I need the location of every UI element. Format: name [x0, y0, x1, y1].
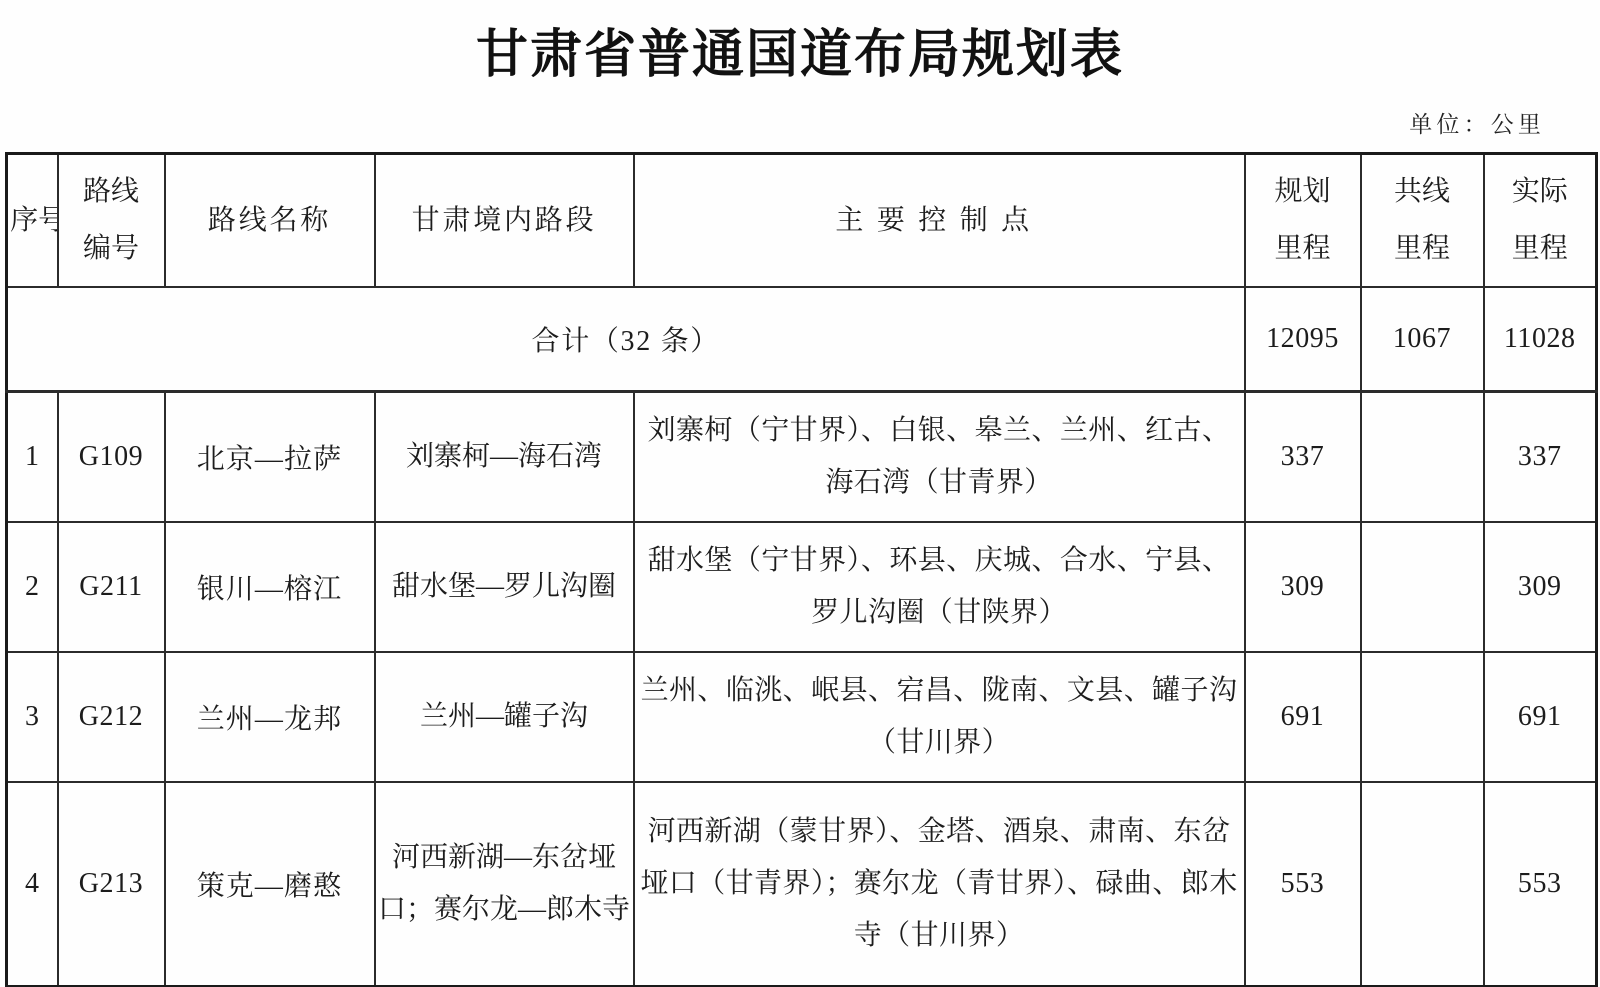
col-header-route-code: 路线编号: [58, 154, 165, 287]
table-row: 1 G109 北京—拉萨 刘寨柯—海石湾 刘寨柯（宁甘界）、白银、皋兰、兰州、红…: [7, 392, 1597, 522]
row-gansu-section: 刘寨柯—海石湾: [375, 392, 634, 522]
row-route-code: G213: [58, 782, 165, 987]
row-actual-mileage: 309: [1484, 522, 1597, 652]
row-serial: 2: [7, 522, 58, 652]
row-shared-mileage: [1361, 522, 1484, 652]
row-planned-mileage: 337: [1245, 392, 1361, 522]
row-gansu-section: 兰州—罐子沟: [375, 652, 634, 782]
row-serial: 1: [7, 392, 58, 522]
row-actual-mileage: 691: [1484, 652, 1597, 782]
row-actual-mileage: 553: [1484, 782, 1597, 987]
row-control-points: 兰州、临洮、岷县、宕昌、陇南、文县、罐子沟（甘川界）: [634, 652, 1245, 782]
row-control-points: 刘寨柯（宁甘界）、白银、皋兰、兰州、红古、海石湾（甘青界）: [634, 392, 1245, 522]
total-row: 合计（32 条） 12095 1067 11028: [7, 287, 1597, 392]
row-route-name: 银川—榕江: [165, 522, 375, 652]
col-header-serial-label: 序号: [8, 192, 58, 249]
row-planned-mileage: 553: [1245, 782, 1361, 987]
row-control-points: 河西新湖（蒙甘界）、金塔、酒泉、肃南、东岔垭口（甘青界）；赛尔龙（青甘界）、碌曲…: [634, 782, 1245, 987]
row-route-code: G211: [58, 522, 165, 652]
row-route-code: G109: [58, 392, 165, 522]
row-actual-mileage: 337: [1484, 392, 1597, 522]
col-header-actual-mileage: 实际里程: [1484, 154, 1597, 287]
row-gansu-section: 甜水堡—罗儿沟圈: [375, 522, 634, 652]
highway-plan-table: 序号 路线编号 路线名称 甘肃境内路段 主要控制点 规划里程 共线里程 实际里程…: [5, 152, 1598, 987]
row-planned-mileage: 691: [1245, 652, 1361, 782]
row-serial: 4: [7, 782, 58, 987]
row-route-name: 策克—磨憨: [165, 782, 375, 987]
page-title: 甘肃省普通国道布局规划表: [0, 12, 1600, 87]
total-label: 合计（32 条）: [7, 287, 1245, 392]
row-route-name: 北京—拉萨: [165, 392, 375, 522]
row-route-name: 兰州—龙邦: [165, 652, 375, 782]
col-header-planned-mileage: 规划里程: [1245, 154, 1361, 287]
row-planned-mileage: 309: [1245, 522, 1361, 652]
total-actual-mileage: 11028: [1484, 287, 1597, 392]
row-shared-mileage: [1361, 392, 1484, 522]
unit-label: 单位：公里: [1409, 106, 1545, 139]
col-header-gansu-section: 甘肃境内路段: [375, 154, 634, 287]
table-row: 4 G213 策克—磨憨 河西新湖—东岔垭口；赛尔龙—郎木寺 河西新湖（蒙甘界）…: [7, 782, 1597, 987]
col-header-route-name: 路线名称: [165, 154, 375, 287]
row-gansu-section: 河西新湖—东岔垭口；赛尔龙—郎木寺: [375, 782, 634, 987]
total-shared-mileage: 1067: [1361, 287, 1484, 392]
table-row: 2 G211 银川—榕江 甜水堡—罗儿沟圈 甜水堡（宁甘界）、环县、庆城、合水、…: [7, 522, 1597, 652]
row-control-points: 甜水堡（宁甘界）、环县、庆城、合水、宁县、罗儿沟圈（甘陕界）: [634, 522, 1245, 652]
col-header-planned-mileage-label: 规划里程: [1272, 163, 1332, 278]
col-header-control-points: 主要控制点: [634, 154, 1245, 287]
table-row: 3 G212 兰州—龙邦 兰州—罐子沟 兰州、临洮、岷县、宕昌、陇南、文县、罐子…: [7, 652, 1597, 782]
row-shared-mileage: [1361, 782, 1484, 987]
col-header-shared-mileage: 共线里程: [1361, 154, 1484, 287]
row-route-code: G212: [58, 652, 165, 782]
col-header-route-code-label: 路线编号: [81, 163, 141, 278]
total-planned-mileage: 12095: [1245, 287, 1361, 392]
col-header-actual-mileage-label: 实际里程: [1510, 163, 1570, 278]
document-page: 甘肃省普通国道布局规划表 单位：公里 序号 路线编号 路线名称 甘肃境内路段 主…: [0, 0, 1600, 987]
col-header-serial: 序号: [7, 154, 58, 287]
col-header-shared-mileage-label: 共线里程: [1392, 163, 1452, 278]
header-row: 序号 路线编号 路线名称 甘肃境内路段 主要控制点 规划里程 共线里程 实际里程: [7, 154, 1597, 287]
row-shared-mileage: [1361, 652, 1484, 782]
row-serial: 3: [7, 652, 58, 782]
